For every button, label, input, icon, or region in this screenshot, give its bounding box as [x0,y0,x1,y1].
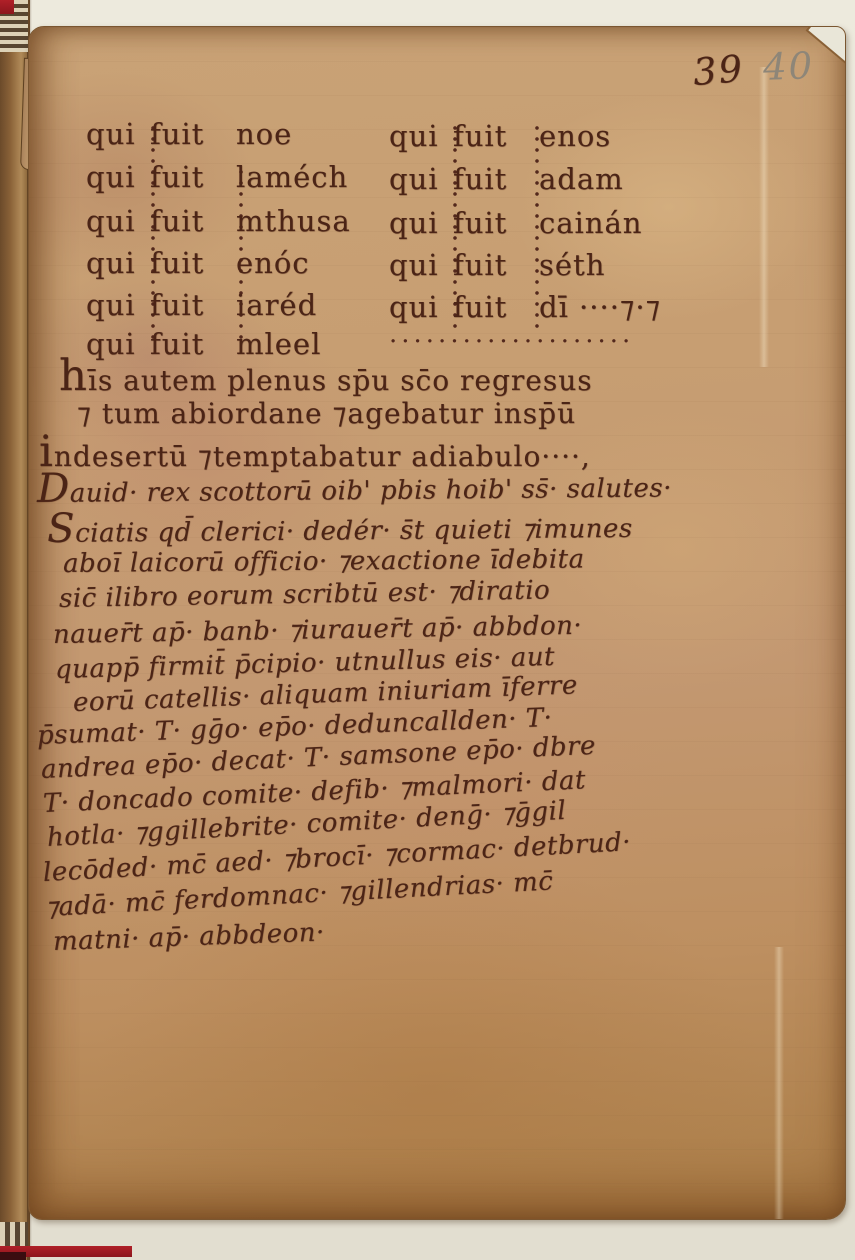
genealogy-name: laméch [236,160,348,194]
genealogy-row: qui fuit adam [389,162,624,196]
gospel-line: ⁊ tum abiordane ⁊agebatur insp̄ū [77,397,576,430]
genealogy-fuit: fuit [453,119,539,153]
parchment-page: 39 40 qui fuit noe qui fuit laméch qui f… [28,26,846,1220]
genealogy-name: enóc [236,246,310,280]
genealogy-fuit: fuit [453,248,539,282]
parchment-fold-streak [759,67,769,367]
charter-line: sic̄ ilibro eorum scribtū est· ⁊diratio [59,575,551,614]
genealogy-qui: qui [389,206,453,240]
genealogy-qui: qui [389,290,453,324]
genealogy-fuit: fuit [453,206,539,240]
charter-line: matni· ap̄· abbdeon· [52,918,325,957]
genealogy-fuit: fuit [150,327,236,361]
genealogy-name: noe [236,117,292,151]
genealogy-row: qui fuit enos [389,119,611,153]
genealogy-row: qui fuit iaréd [86,288,317,322]
corner-notch [808,26,846,64]
genealogy-name: mleel [236,327,321,361]
genealogy-fuit: fuit [453,290,539,324]
book-spine [0,0,30,1260]
gospel-line: indesertū ⁊temptabatur adiabulo····, [39,435,591,473]
genealogy-row: qui fuit mleel [86,327,321,361]
charter-line: Dauid· rex scottorū oib' pbis hoib' ss̄·… [37,467,672,509]
genealogy-name: adam [539,162,624,196]
genealogy-qui: qui [86,160,150,194]
genealogy-row: qui fuit enóc [86,246,310,280]
genealogy-name: séth [539,248,605,282]
genealogy-qui: qui [389,162,453,196]
genealogy-qui: qui [389,248,453,282]
genealogy-row: qui fuit mthusa [86,204,351,238]
genealogy-qui: qui [86,117,150,151]
genealogy-name: dī ····⁊·⁊ [539,290,661,324]
charter-line: aboī laicorū officio· ⁊exactione īdebita [63,544,585,579]
genealogy-fuit: fuit [150,246,236,280]
genealogy-name: iaréd [236,288,317,322]
genealogy-name: cainán [539,206,642,240]
genealogy-row: qui fuit séth [389,248,605,282]
genealogy-qui: qui [86,246,150,280]
genealogy-row: qui fuit noe [86,117,292,151]
genealogy-fuit: fuit [150,288,236,322]
genealogy-fuit: fuit [150,204,236,238]
folio-number-ink: 39 [691,47,746,94]
genealogy-row: qui fuit dī ····⁊·⁊ [389,290,661,324]
genealogy-row: qui fuit laméch [86,160,348,194]
manuscript-photo: 39 40 qui fuit noe qui fuit laméch qui f… [0,0,855,1260]
folio-number-pencil: 40 [762,44,815,89]
genealogy-fuit: fuit [150,117,236,151]
genealogy-qui: qui [86,204,150,238]
red-binding-top [0,0,14,14]
genealogy-qui: qui [86,327,150,361]
binding-corner-shadow [0,1252,26,1260]
genealogy-name: mthusa [236,204,351,238]
genealogy-row: qui fuit cainán [389,206,642,240]
parchment-fold-streak [774,947,784,1220]
genealogy-qui: qui [86,288,150,322]
genealogy-name: enos [539,119,611,153]
genealogy-end-dots: ···················· [389,327,634,357]
charter-line: Sciatis qd̄ clerici· dedér· s̄t quieti ⁊… [47,508,633,549]
gospel-line: hīs autem plenus sp̄u sc̄o regresus [59,359,593,397]
genealogy-fuit: fuit [453,162,539,196]
genealogy-qui: qui [389,119,453,153]
genealogy-fuit: fuit [150,160,236,194]
